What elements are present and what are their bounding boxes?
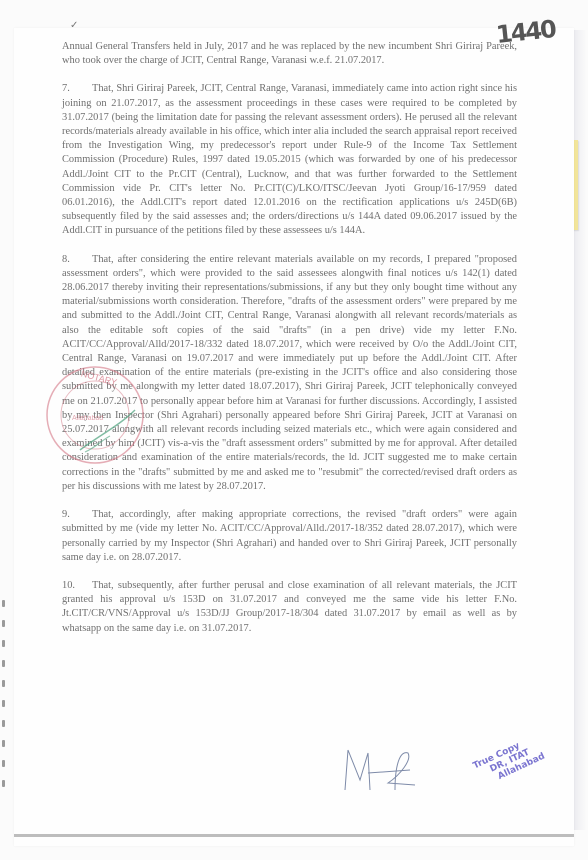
svg-text:Allahabad: Allahabad bbox=[72, 415, 103, 422]
tick-mark: ✓ bbox=[70, 20, 78, 31]
notary-stamp: NOTARY Allahabad bbox=[40, 340, 150, 490]
paragraph-9: 9.That, accordingly, after making approp… bbox=[62, 508, 517, 565]
signature bbox=[340, 745, 420, 795]
page-bottom-edge bbox=[14, 834, 574, 837]
intro-paragraph: Annual General Transfers held in July, 2… bbox=[62, 40, 517, 68]
svg-text:NOTARY: NOTARY bbox=[80, 368, 118, 387]
paragraph-7: 7.That, Shri Giriraj Pareek, JCIT, Centr… bbox=[62, 82, 517, 238]
paragraph-10: 10.That, subsequently, after further per… bbox=[62, 579, 517, 636]
binding-holes bbox=[2, 600, 6, 800]
